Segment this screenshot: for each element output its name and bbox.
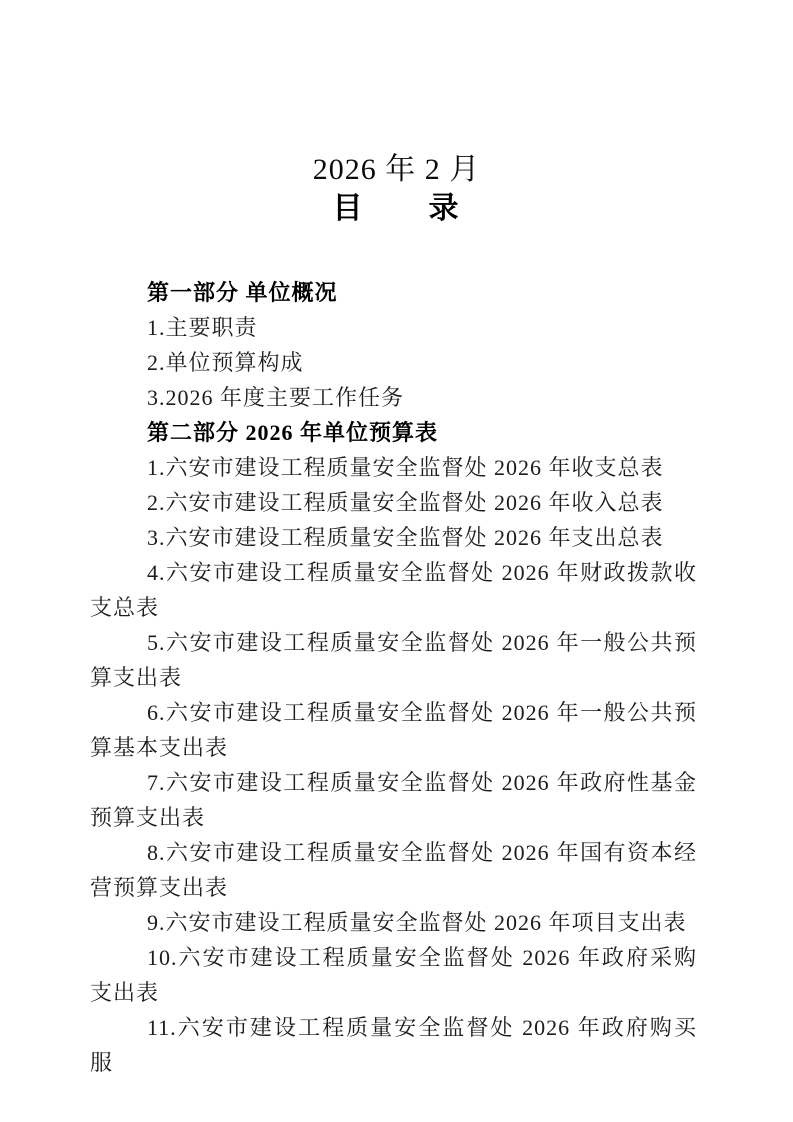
toc-item: 2.单位预算构成 bbox=[90, 345, 697, 380]
toc-list: 第一部分 单位概况1.主要职责2.单位预算构成3.2026 年度主要工作任务第二… bbox=[90, 275, 697, 1080]
toc-item: 1.六安市建设工程质量安全监督处 2026 年收支总表 bbox=[90, 450, 697, 485]
toc-item: 11.六安市建设工程质量安全监督处 2026 年政府购买服 bbox=[90, 1010, 697, 1080]
toc-item: 6.六安市建设工程质量安全监督处 2026 年一般公共预算基本支出表 bbox=[90, 695, 697, 765]
toc-item: 4.六安市建设工程质量安全监督处 2026 年财政拨款收支总表 bbox=[90, 555, 697, 625]
toc-item: 3.2026 年度主要工作任务 bbox=[90, 380, 697, 415]
toc-section-heading: 第一部分 单位概况 bbox=[90, 275, 697, 310]
toc-item: 2.六安市建设工程质量安全监督处 2026 年收入总表 bbox=[90, 485, 697, 520]
doc-date-title: 2026 年 2 月 bbox=[0, 150, 793, 189]
toc-item: 9.六安市建设工程质量安全监督处 2026 年项目支出表 bbox=[90, 905, 697, 940]
toc-item: 3.六安市建设工程质量安全监督处 2026 年支出总表 bbox=[90, 520, 697, 555]
toc-section-heading: 第二部分 2026 年单位预算表 bbox=[90, 415, 697, 450]
toc-item: 10.六安市建设工程质量安全监督处 2026 年政府采购支出表 bbox=[90, 940, 697, 1010]
toc-item: 8.六安市建设工程质量安全监督处 2026 年国有资本经营预算支出表 bbox=[90, 835, 697, 905]
toc-item: 1.主要职责 bbox=[90, 310, 697, 345]
toc-title: 目 录 bbox=[0, 189, 793, 228]
document-page: 2026 年 2 月 目 录 第一部分 单位概况1.主要职责2.单位预算构成3.… bbox=[0, 0, 793, 1122]
toc-item: 5.六安市建设工程质量安全监督处 2026 年一般公共预算支出表 bbox=[90, 625, 697, 695]
toc-item: 7.六安市建设工程质量安全监督处 2026 年政府性基金预算支出表 bbox=[90, 765, 697, 835]
